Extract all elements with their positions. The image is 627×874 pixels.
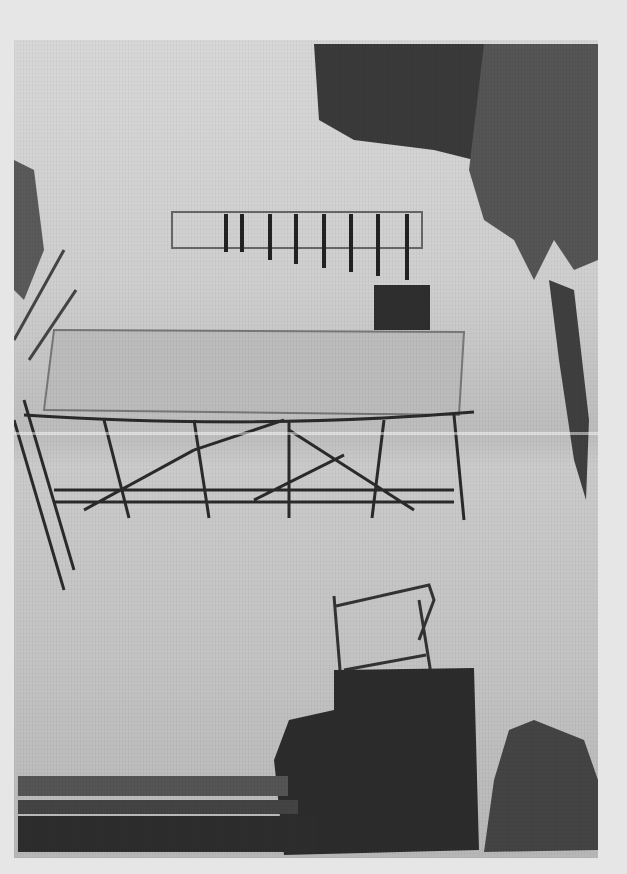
railing (172, 212, 422, 280)
left-shadow (14, 160, 44, 300)
rock-bottom-right (484, 720, 598, 852)
platform (44, 330, 464, 415)
photo-shapes (14, 40, 598, 858)
rock-right (469, 44, 598, 280)
base (18, 816, 318, 852)
truss (14, 400, 474, 590)
machine-frame (334, 585, 434, 680)
paper-fold (14, 432, 598, 435)
step-2 (18, 800, 298, 814)
scanned-photograph (14, 40, 598, 858)
dark-block (374, 285, 430, 330)
rock-spike (549, 280, 589, 500)
step-1 (18, 776, 288, 796)
rock-top (314, 44, 490, 160)
